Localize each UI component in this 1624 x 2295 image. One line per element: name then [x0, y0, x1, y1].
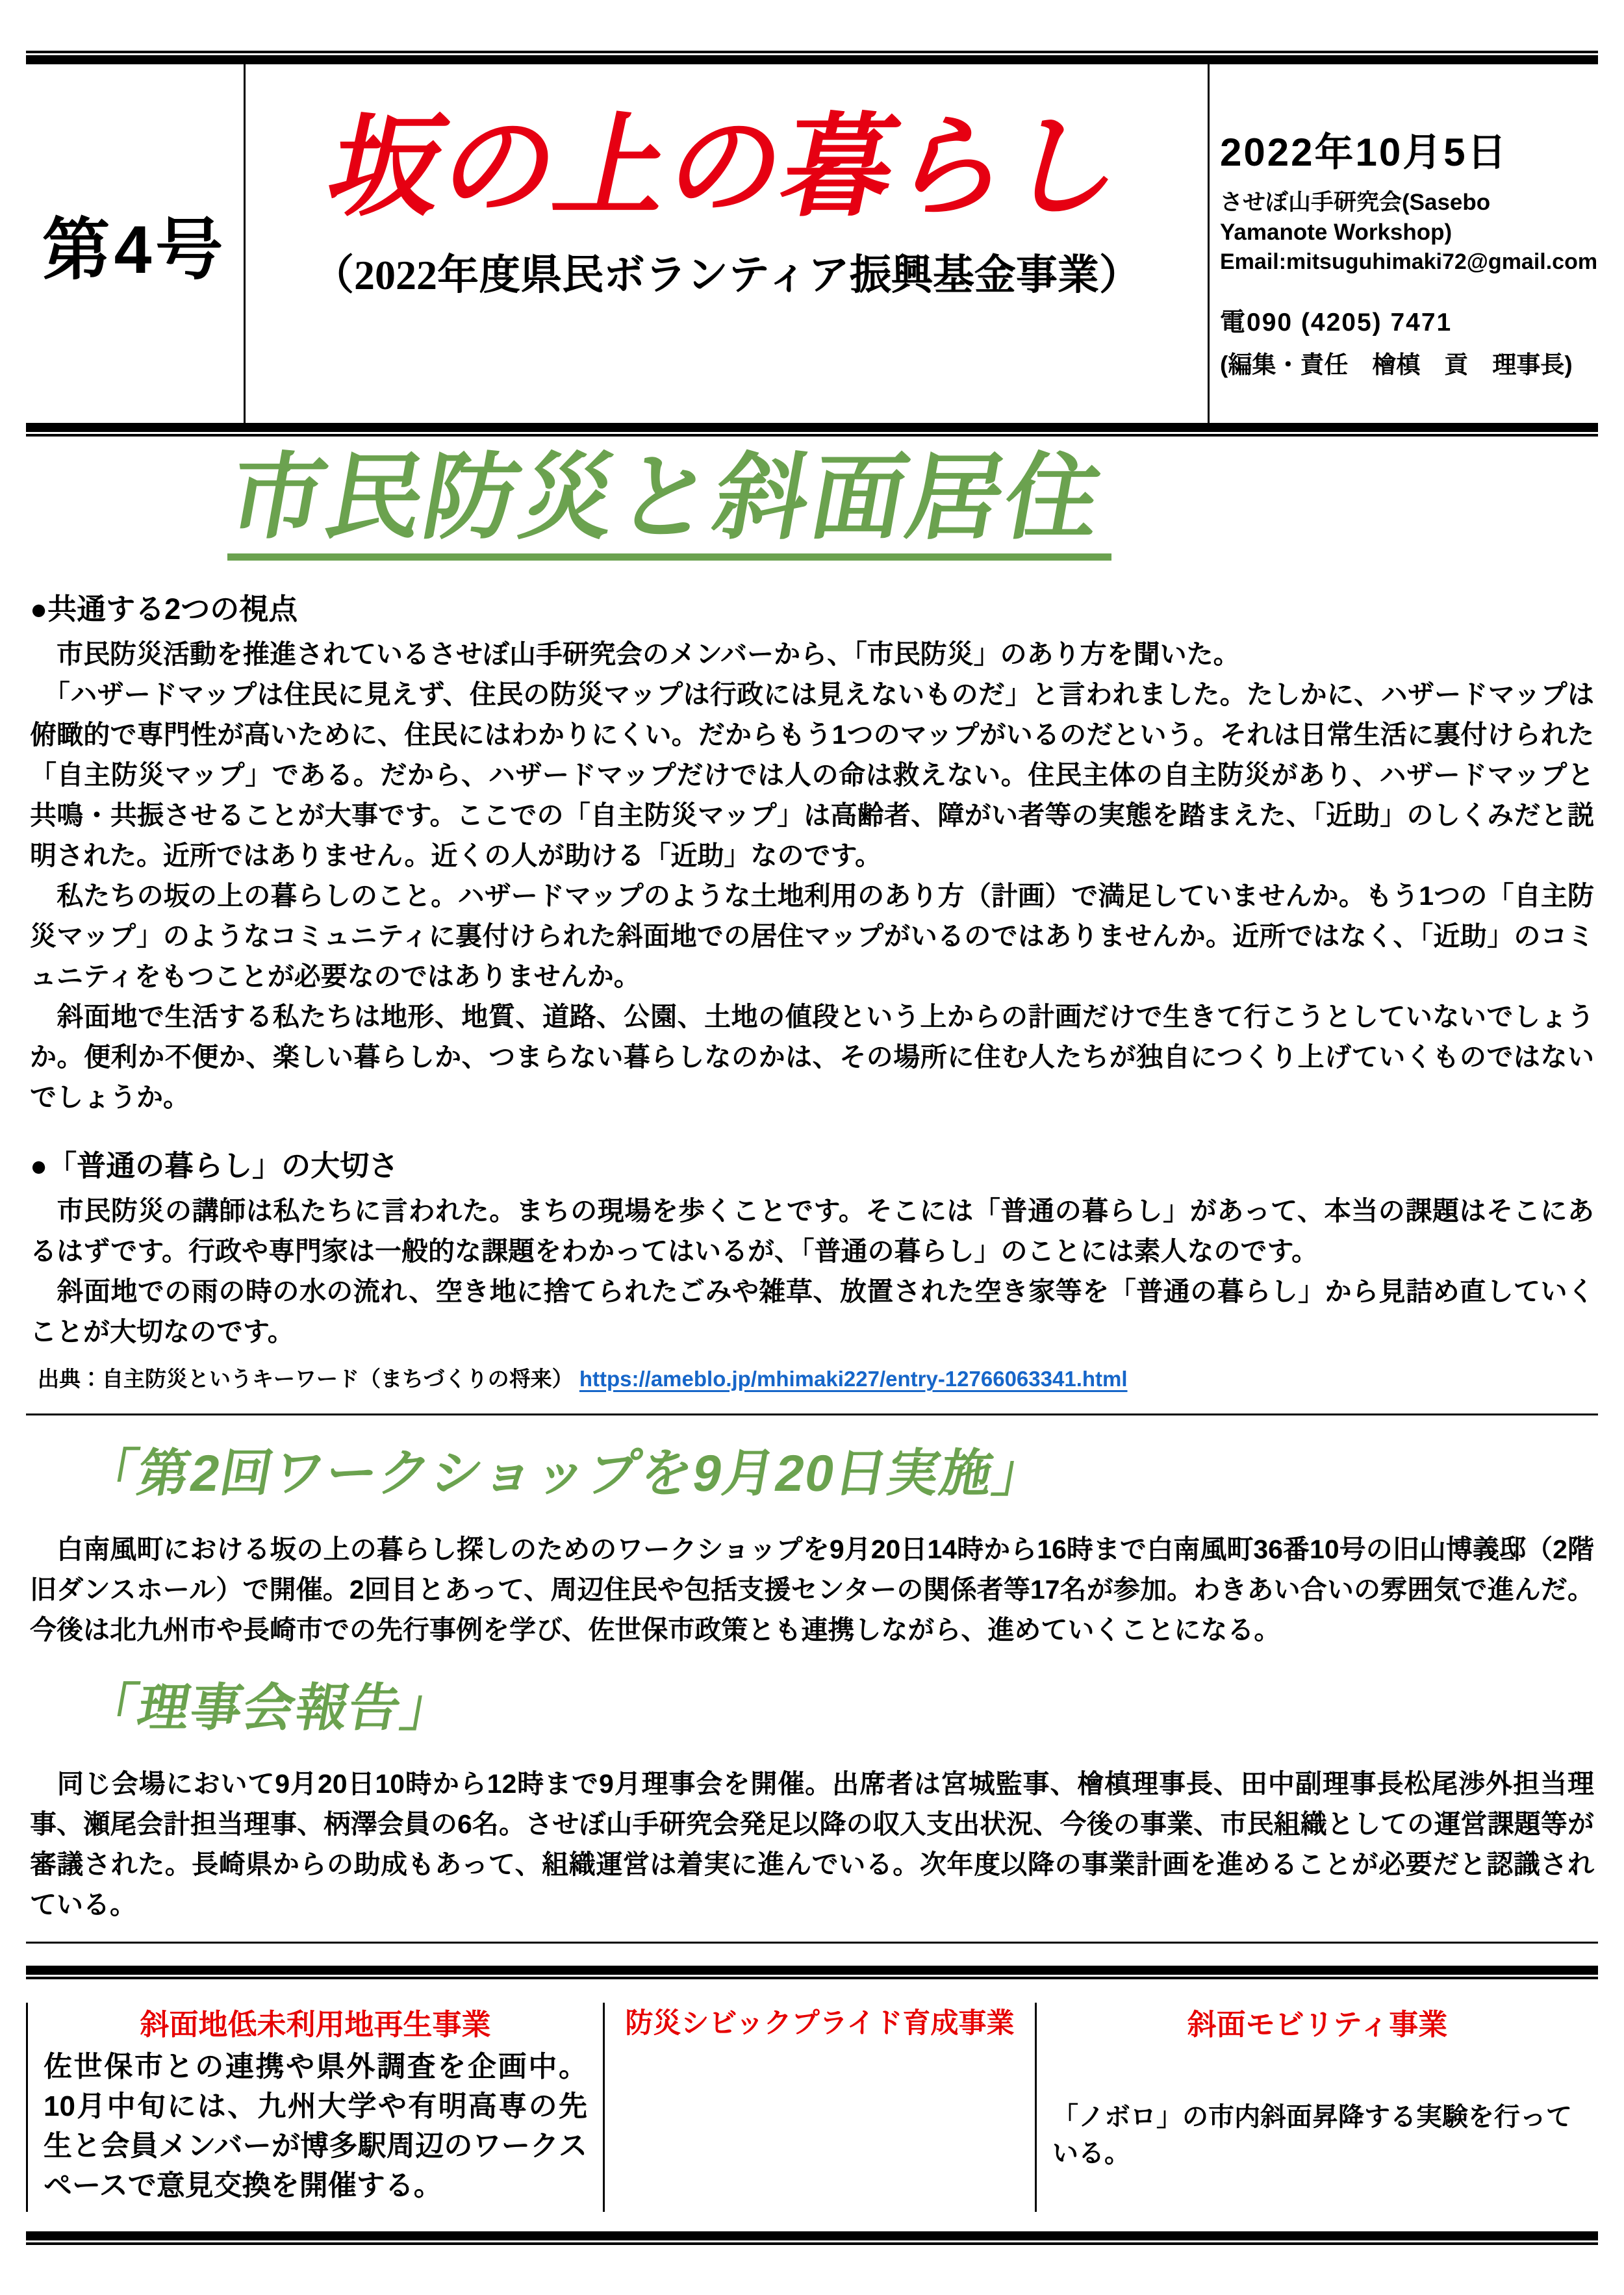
- project1-body: 佐世保市との連携や県外調査を企画中。10月中旬には、九州大学や有明高専の先生と会…: [44, 2047, 587, 2205]
- newsletter-title: 坂の上の暮らし: [318, 110, 1134, 227]
- article-workshop-report: 「第2回ワークショップを9月20日実施」 白南風町における坂の上の暮らし探しのた…: [26, 1444, 1598, 1650]
- article-civil-disaster-prevention: 市民防災と斜面居住 ●共通する2つの視点 市民防災活動を推進されているさせぼ山手…: [26, 448, 1598, 1393]
- article2-title-row: 「第2回ワークショップを9月20日実施」: [86, 1444, 1598, 1503]
- header-rule-thick-line: [26, 423, 1598, 432]
- project-column-slope-mobility: 斜面モビリティ事業 「ノボロ」の市内斜面昇降する実験を行っている。: [1035, 2003, 1598, 2212]
- project3-title: 斜面モビリティ事業: [1052, 2007, 1582, 2043]
- source-citation-label: 出典：自主防災というキーワード（まちづくりの将来）: [38, 1367, 574, 1391]
- project-column-slope-land-regeneration: 斜面地低未利用地再生事業 佐世保市との連携や県外調査を企画中。10月中旬には、九…: [26, 2003, 603, 2212]
- bottom-rule-thin-line: [26, 2242, 1598, 2245]
- contact-email: Email:mitsuguhimaki72@gmail.com: [1220, 249, 1598, 275]
- article1-paragraph: 私たちの坂の上の暮らしのこと。ハザードマップのような土地利用のあり方（計画）で満…: [30, 876, 1594, 996]
- project-column-civic-pride: 防災シビックプライド育成事業: [603, 2003, 1035, 2212]
- footer-rule-thin-line: [26, 1977, 1598, 1979]
- masthead: 第4号 坂の上の暮らし （2022年度県民ボランティア振興基金事業） 2022年…: [26, 64, 1598, 423]
- masthead-contact: 2022年10月5日 させぼ山手研究会(Sasebo Yamanote Work…: [1210, 64, 1598, 423]
- article1-heading-two-viewpoints: ●共通する2つの視点: [30, 585, 1598, 628]
- article2-body: 白南風町における坂の上の暮らし探しのためのワークショップを9月20日14時から1…: [30, 1529, 1594, 1650]
- header-bottom-rule: [26, 423, 1598, 437]
- footer-rule-thick-line: [26, 1966, 1598, 1975]
- source-citation-link[interactable]: https://ameblo.jp/mhimaki227/entry-12766…: [579, 1367, 1128, 1391]
- article1-title-underline: 市民防災と斜面居住: [227, 448, 1111, 561]
- article1-paragraph: 市民防災の講師は私たちに言われた。まちの現場を歩くことです。そこには「普通の暮ら…: [30, 1191, 1594, 1271]
- article3-body: 同じ会場において9月20日10時から12時まで9月理事会を開催。出席者は宮城監事…: [30, 1764, 1594, 1925]
- project2-title: 防災シビックプライド育成事業: [620, 2007, 1019, 2042]
- header-rule-thin-line: [26, 434, 1598, 437]
- footer-thin-rule: [26, 1942, 1598, 1944]
- newsletter-subtitle: （2022年度県民ボランティア振興基金事業）: [246, 242, 1208, 301]
- projects-table: 斜面地低未利用地再生事業 佐世保市との連携や県外調査を企画中。10月中旬には、九…: [26, 2003, 1598, 2212]
- contact-phone: 電090 (4205) 7471: [1220, 302, 1598, 338]
- article3-title: 「理事会報告」: [81, 1679, 459, 1738]
- article3-title-row: 「理事会報告」: [86, 1679, 1598, 1738]
- article1-paragraph: 斜面地で生活する私たちは地形、地質、道路、公園、土地の値段という上からの計画だけ…: [30, 996, 1594, 1117]
- article-board-report: 「理事会報告」 同じ会場において9月20日10時から12時まで9月理事会を開催。…: [26, 1679, 1598, 1925]
- footer-double-rule: [26, 1966, 1598, 1979]
- article1-paragraph: 「ハザードマップは住民に見えず、住民の防災マップは行政には見えないものだ」と言わ…: [30, 674, 1594, 876]
- project3-body: 「ノボロ」の市内斜面昇降する実験を行っている。: [1052, 2099, 1582, 2172]
- editor-credit: (編集・責任 檜槙 貢 理事長): [1220, 345, 1598, 380]
- source-citation-row: 出典：自主防災というキーワード（まちづくりの将来） https://ameblo…: [38, 1362, 1598, 1393]
- article1-title-row: 市民防災と斜面居住: [227, 448, 1598, 561]
- newsletter-page: 第4号 坂の上の暮らし （2022年度県民ボランティア振興基金事業） 2022年…: [0, 0, 1624, 2295]
- article1-heading-ordinary-life: ●「普通の暮らし」の大切さ: [30, 1142, 1598, 1184]
- bottom-rule-thick-line: [26, 2231, 1598, 2240]
- bottom-double-rule: [26, 2231, 1598, 2245]
- section-divider-rule: [26, 1414, 1598, 1415]
- article1-paragraph: 市民防災活動を推進されているさせぼ山手研究会のメンバーから、「市民防災」のあり方…: [30, 634, 1594, 674]
- project1-title: 斜面地低未利用地再生事業: [44, 2007, 587, 2043]
- organization-name: させぼ山手研究会(Sasebo Yamanote Workshop): [1220, 188, 1598, 247]
- issue-date: 2022年10月5日: [1220, 121, 1598, 177]
- article1-title: 市民防災と斜面居住: [223, 448, 1111, 547]
- top-rule-thick-line: [26, 55, 1598, 64]
- issue-number: 第4号: [26, 64, 246, 423]
- top-double-rule: [26, 0, 1598, 64]
- masthead-center: 坂の上の暮らし （2022年度県民ボランティア振興基金事業）: [246, 64, 1210, 423]
- article1-paragraph: 斜面地での雨の時の水の流れ、空き地に捨てられたごみや雑草、放置された空き家等を「…: [30, 1271, 1594, 1352]
- article2-title: 「第2回ワークショップを9月20日実施」: [81, 1444, 1051, 1503]
